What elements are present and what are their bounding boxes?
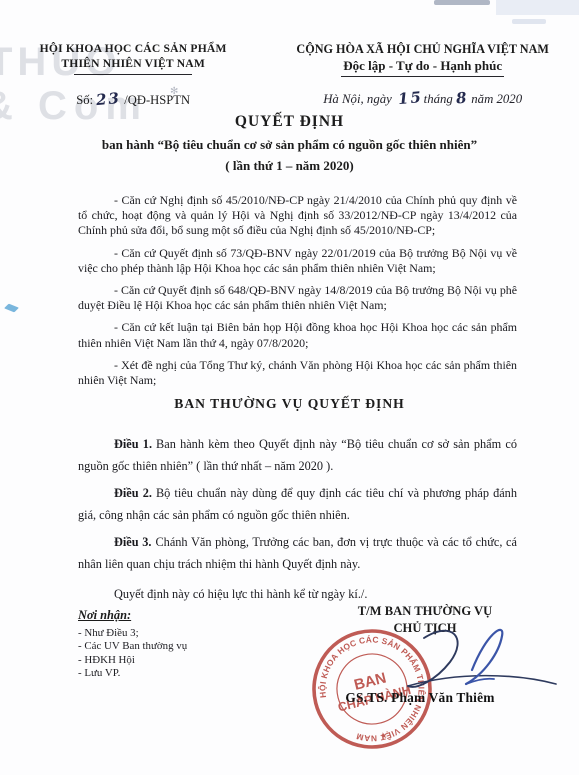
number-label: Số: [76, 93, 93, 107]
article-paragraph: Điều 3.Chánh Văn phòng, Trưởng các ban, … [78, 531, 517, 575]
recipients-heading: Nơi nhận: [78, 608, 288, 623]
recipient-item: - HĐKH Hội [78, 654, 288, 667]
document-title: QUYẾT ĐỊNH [0, 113, 579, 131]
preamble-paragraph: - Căn cứ Quyết định số 648/QĐ-BNV ngày 1… [78, 283, 517, 313]
recipient-item: - Như Điều 3; [78, 627, 288, 640]
preamble-paragraph: - Căn cứ kết luận tại Biên bản họp Hội đ… [78, 320, 517, 350]
recipients-block: Nơi nhận: - Như Điều 3; - Các UV Ban thư… [78, 608, 288, 681]
signer-name: GS.TS. Phạm Văn Thiêm [330, 690, 510, 706]
date-month-label: tháng [424, 92, 453, 106]
national-title: CỘNG HÒA XÃ HỘI CHỦ NGHĨA VIỆT NAM [266, 42, 579, 57]
preamble-section: - Căn cứ Nghị định số 45/2010/NĐ-CP ngày… [78, 193, 517, 395]
scan-ink-mark [4, 304, 19, 313]
national-motto-block: CỘNG HÒA XÃ HỘI CHỦ NGHĨA VIỆT NAM Độc l… [266, 42, 579, 108]
issuing-org-block: HỘI KHOA HỌC CÁC SẢN PHẨM THIÊN NHIÊN VI… [0, 42, 266, 108]
scan-corner-artifact [496, 0, 579, 15]
articles-section: Điều 1.Ban hành kèm theo Quyết định này … [78, 433, 517, 610]
decision-heading: BAN THƯỜNG VỤ QUYẾT ĐỊNH [0, 396, 579, 412]
org-name-line2: THIÊN NHIÊN VIỆT NAM [0, 57, 266, 72]
title-block: QUYẾT ĐỊNH ban hành “Bộ tiêu chuẩn cơ sở… [0, 113, 579, 174]
scanned-decision-document: THUO & Com ✻ HỘI KHOA HỌC CÁC SẢN PHẨM T… [0, 0, 579, 775]
national-motto: Độc lập - Tự do - Hạnh phúc [341, 58, 504, 77]
article-label: Điều 2. [114, 486, 152, 500]
article-label: Điều 1. [114, 437, 152, 451]
handwritten-number: 23 [95, 89, 121, 109]
preamble-paragraph: - Căn cứ Nghị định số 45/2010/NĐ-CP ngày… [78, 193, 517, 239]
recipient-item: - Lưu VP. [78, 667, 288, 680]
document-header: HỘI KHOA HỌC CÁC SẢN PHẨM THIÊN NHIÊN VI… [0, 42, 579, 108]
article-paragraph: Điều 2.Bộ tiêu chuẩn này dùng để quy địn… [78, 482, 517, 526]
handwritten-day: 15 [397, 88, 423, 108]
date-year: năm 2020 [471, 92, 522, 106]
article-paragraph: Điều 1.Ban hành kèm theo Quyết định này … [78, 433, 517, 477]
edition-note: ( lần thứ 1 – năm 2020) [0, 158, 579, 174]
number-suffix: /QĐ-HSPTN [124, 93, 190, 107]
document-number-line: Số: 23 /QĐ-HSPTN [0, 90, 266, 108]
date-prefix: Hà Nội, ngày [323, 92, 392, 106]
effect-clause: Quyết định này có hiệu lực thi hành kể t… [78, 583, 517, 605]
scan-dash-artifact [512, 19, 546, 24]
org-name-line1: HỘI KHOA HỌC CÁC SẢN PHẨM [0, 42, 266, 57]
preamble-paragraph: - Căn cứ Quyết định số 73/QĐ-BNV ngày 22… [78, 246, 517, 276]
issue-date-line: Hà Nội, ngày15tháng8năm 2020 [266, 89, 579, 107]
preamble-paragraph: - Xét đề nghị của Tổng Thư ký, chánh Văn… [78, 358, 517, 388]
article-label: Điều 3. [114, 535, 151, 549]
handwritten-month: 8 [455, 88, 469, 107]
document-subtitle: ban hành “Bộ tiêu chuẩn cơ sở sản phẩm c… [0, 137, 579, 153]
org-underline [74, 74, 192, 75]
recipient-item: - Các UV Ban thường vụ [78, 640, 288, 653]
scan-smudge-artifact [434, 0, 490, 5]
